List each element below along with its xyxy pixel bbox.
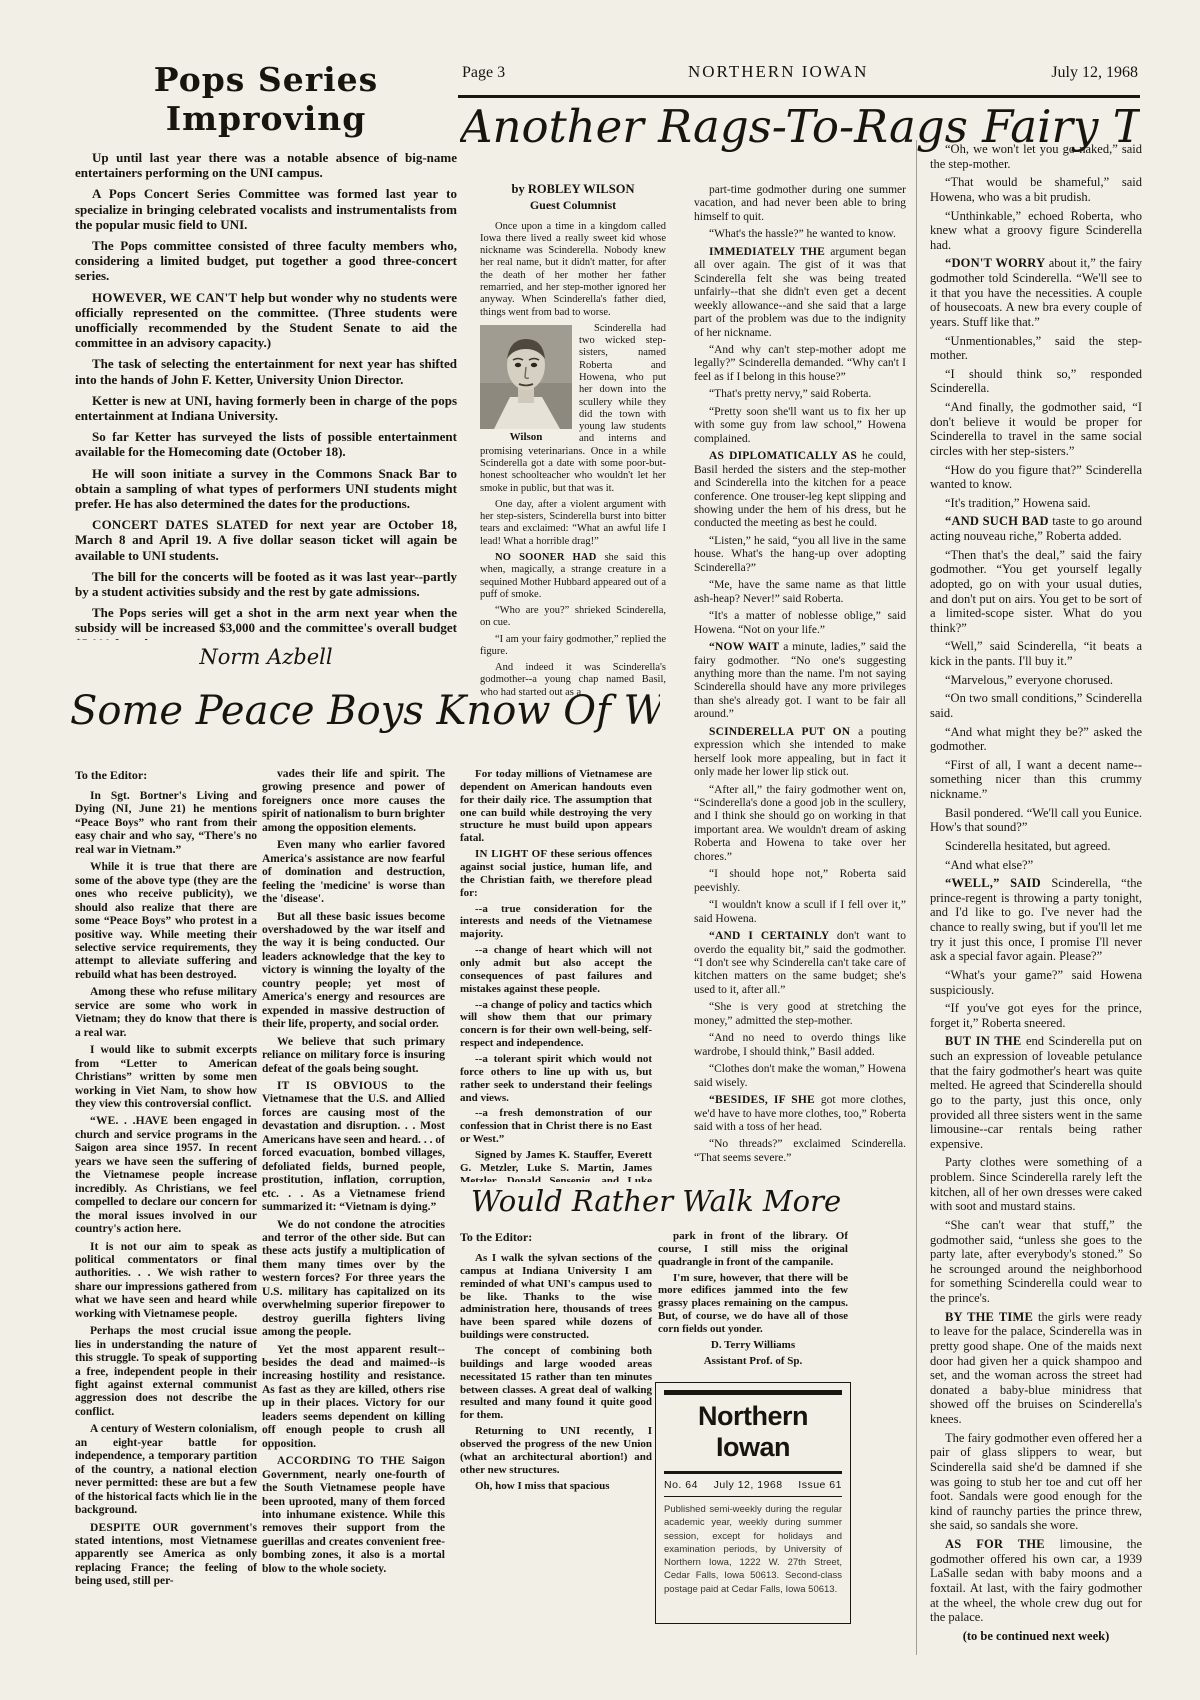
paragraph: For today millions of Vietnamese are dep… — [460, 768, 652, 845]
paragraph: “She is very good at stretching the mone… — [694, 1001, 906, 1028]
fairy-col-2: part-time godmother during one summer va… — [694, 184, 906, 1182]
paragraph: “I am your fairy godmother,” replied the… — [480, 634, 666, 659]
paragraph: --a true consideration for the interests… — [460, 903, 652, 942]
paragraph: park in front of the library. Of course,… — [658, 1230, 848, 1269]
paper-name: NORTHERN IOWAN — [688, 62, 868, 82]
peace-col-1: To the Editor: In Sgt. Bortner's Living … — [75, 768, 257, 1660]
paragraph: “And what might they be?” asked the godm… — [930, 725, 1142, 754]
masthead-fine-print: Published semi-weekly during the regular… — [664, 1503, 842, 1596]
paragraph: The concept of combining both buildings … — [460, 1345, 652, 1422]
paragraph: IMMEDIATELY THE argument began all over … — [694, 246, 906, 340]
issue-date: July 12, 1968 — [1051, 64, 1138, 82]
paragraph: “DON'T WORRY about it,” the fairy godmot… — [930, 256, 1142, 329]
paragraph: HOWEVER, WE CAN'T help but wonder why no… — [75, 290, 457, 351]
wilson-portrait-image — [480, 325, 572, 429]
paragraph: Oh, how I miss that spacious — [460, 1480, 652, 1493]
article-pops-series: Pops Series Improving Up until last year… — [75, 60, 457, 640]
paragraph: The bill for the concerts will be footed… — [75, 569, 457, 599]
paragraph: I'm sure, however, that there will be mo… — [658, 1272, 848, 1336]
paragraph: DESPITE OUR government's stated intentio… — [75, 1522, 257, 1589]
fairy-col-1: by ROBLEY WILSON Guest Columnist Once up… — [480, 182, 666, 738]
running-header: Page 3 NORTHERN IOWAN July 12, 1968 — [462, 62, 1138, 90]
paragraph: “First of all, I want a decent name--som… — [930, 758, 1142, 802]
paragraph: IN LIGHT OF these serious offences again… — [460, 848, 652, 899]
fairy-byline: by ROBLEY WILSON Guest Columnist — [480, 182, 666, 213]
paragraph: “It's a matter of noblesse oblige,” said… — [694, 610, 906, 637]
paragraph: “Marvelous,” everyone chorused. — [930, 673, 1142, 688]
paragraph: So far Ketter has surveyed the lists of … — [75, 429, 457, 459]
peace-col-1-body: In Sgt. Bortner's Living and Dying (NI, … — [75, 790, 257, 1589]
paragraph: Ketter is new at UNI, having formerly be… — [75, 393, 457, 423]
paragraph: “Unthinkable,” echoed Roberta, who knew … — [930, 209, 1142, 253]
paragraph: CONCERT DATES SLATED for next year are O… — [75, 517, 457, 563]
paragraph: We do not condone the atrocities and ter… — [262, 1219, 445, 1340]
fairy-byline-author: by ROBLEY WILSON — [480, 182, 666, 198]
paragraph: He will soon initiate a survey in the Co… — [75, 466, 457, 512]
paragraph: “Well,” said Scinderella, “it beats a ki… — [930, 639, 1142, 668]
masthead-rule — [664, 1471, 842, 1474]
walk-salutation: To the Editor: — [460, 1230, 652, 1245]
paragraph: --a change of heart which will not only … — [460, 944, 652, 995]
paragraph: “That's pretty nervy,” said Roberta. — [694, 388, 906, 401]
paragraph: “Oh, we won't let you go naked,” said th… — [930, 142, 1142, 171]
paragraph: AS DIPLOMATICALLY AS he could, Basil her… — [694, 450, 906, 531]
wilson-photo-caption: Wilson — [480, 429, 572, 444]
paragraph: Perhaps the most crucial issue lies in u… — [75, 1325, 257, 1419]
paragraph: --a tolerant spirit which would not forc… — [460, 1053, 652, 1104]
paragraph: Yet the most apparent result--besides th… — [262, 1344, 445, 1452]
paragraph: AS FOR THE limousine, the godmother offe… — [930, 1537, 1142, 1625]
paragraph: “BESIDES, IF SHE got more clothes, we'd … — [694, 1094, 906, 1134]
wilson-photo: Wilson — [480, 325, 572, 444]
column-rule — [916, 140, 917, 1655]
masthead-name: Northern Iowan — [664, 1401, 842, 1463]
paragraph: “It's tradition,” Howena said. — [930, 496, 1142, 511]
paragraph: A century of Western colonialism, an eig… — [75, 1423, 257, 1517]
paragraph: “And what else?” — [930, 858, 1142, 873]
paragraph: “NOW WAIT a minute, ladies,” said the fa… — [694, 641, 906, 722]
paragraph: “After all,” the fairy godmother went on… — [694, 784, 906, 865]
paragraph: The Pops series will get a shot in the a… — [75, 605, 457, 640]
walk-col-1: To the Editor: As I walk the sylvan sect… — [460, 1230, 652, 1660]
paragraph: “I should think so,” responded Scinderel… — [930, 367, 1142, 396]
paragraph: Basil pondered. “We'll call you Eunice. … — [930, 806, 1142, 835]
walk-col-2: park in front of the library. Of course,… — [658, 1230, 848, 1380]
paragraph: Assistant Prof. of Sp. — [658, 1355, 848, 1368]
pops-body: Up until last year there was a notable a… — [75, 150, 457, 640]
paragraph: “I should hope not,” Roberta said peevis… — [694, 868, 906, 895]
paragraph: SCINDERELLA PUT ON a pouting expression … — [694, 726, 906, 780]
paragraph: “On two small conditions,” Scinderella s… — [930, 691, 1142, 720]
paragraph: part-time godmother during one summer va… — [694, 184, 906, 224]
paragraph: Scinderella hesitated, but agreed. — [930, 839, 1142, 854]
paragraph: BY THE TIME the girls were ready to leav… — [930, 1310, 1142, 1427]
paragraph: Up until last year there was a notable a… — [75, 150, 457, 180]
paragraph: “What's the hassle?” he wanted to know. — [694, 228, 906, 241]
paragraph: But all these basic issues become oversh… — [262, 911, 445, 1032]
masthead-top-bar — [664, 1390, 842, 1395]
masthead-box: Northern Iowan No. 64 July 12, 1968 Issu… — [655, 1382, 851, 1624]
paragraph: One day, after a violent argument with h… — [480, 499, 666, 548]
paragraph: The fairy godmother even offered her a p… — [930, 1431, 1142, 1533]
fairy-byline-role: Guest Columnist — [480, 198, 666, 213]
paragraph: The task of selecting the entertainment … — [75, 356, 457, 386]
paragraph: “Who are you?” shrieked Scinderella, on … — [480, 605, 666, 630]
paragraph: I would like to submit excerpts from “Le… — [75, 1044, 257, 1111]
pops-title: Pops Series Improving — [75, 60, 457, 138]
paragraph: “AND SUCH BAD taste to go around acting … — [930, 514, 1142, 543]
newspaper-page: Page 3 NORTHERN IOWAN July 12, 1968 Pops… — [0, 0, 1200, 1700]
paragraph: “No threads?” exclaimed Scinderella. “Th… — [694, 1138, 906, 1165]
pops-byline: Norm Azbell — [75, 645, 457, 675]
paragraph: IT IS OBVIOUS to the Vietnamese that the… — [262, 1080, 445, 1215]
paragraph: “Clothes don't make the woman,” Howena s… — [694, 1063, 906, 1090]
masthead-issue: Issue 61 — [798, 1479, 842, 1491]
paragraph: In Sgt. Bortner's Living and Dying (NI, … — [75, 790, 257, 857]
paragraph: “I wouldn't know a scull if I fell over … — [694, 899, 906, 926]
fairy-col-3: “Oh, we won't let you go naked,” said th… — [930, 142, 1142, 1660]
page-number: Page 3 — [462, 64, 505, 82]
paragraph: The Pops committee consisted of three fa… — [75, 238, 457, 284]
paragraph: NO SOONER HAD she said this when, magica… — [480, 552, 666, 601]
portrait-illustration — [480, 325, 572, 429]
paragraph: “Then that's the deal,” said the fairy g… — [930, 548, 1142, 636]
paragraph: BUT IN THE end Scinderella put on such a… — [930, 1034, 1142, 1151]
paragraph: A Pops Concert Series Committee was form… — [75, 186, 457, 232]
masthead-thin-rule — [664, 1496, 842, 1497]
paragraph: “How do you figure that?” Scinderella wa… — [930, 463, 1142, 492]
paragraph: “Pretty soon she'll want us to fix her u… — [694, 406, 906, 446]
walk-col-1-body: As I walk the sylvan sections of the cam… — [460, 1252, 652, 1492]
paragraph: While it is true that there are some of … — [75, 861, 257, 982]
paragraph: We believe that such primary reliance on… — [262, 1036, 445, 1076]
paragraph: D. Terry Williams — [658, 1339, 848, 1352]
paragraph: “What's your game?” said Howena suspicio… — [930, 968, 1142, 997]
paragraph: Returning to UNI recently, I observed th… — [460, 1425, 652, 1476]
paragraph: As I walk the sylvan sections of the cam… — [460, 1252, 652, 1342]
paragraph: vades their life and spirit. The growing… — [262, 768, 445, 835]
peace-salutation: To the Editor: — [75, 768, 257, 783]
paragraph: --a fresh demonstration of our confessio… — [460, 1107, 652, 1146]
paragraph: ACCORDING TO THE Saigon Government, near… — [262, 1455, 445, 1576]
peace-col-3: For today millions of Vietnamese are dep… — [460, 768, 652, 1182]
header-rule — [458, 95, 1140, 98]
masthead-issue-line: No. 64 July 12, 1968 Issue 61 — [664, 1479, 842, 1491]
paragraph: “Unmentionables,” said the step-mother. — [930, 334, 1142, 363]
paragraph: “WE. . .HAVE been engaged in church and … — [75, 1115, 257, 1236]
peace-col-2: vades their life and spirit. The growing… — [262, 768, 445, 1660]
paragraph: Among these who refuse military service … — [75, 986, 257, 1040]
paragraph: Even many who earlier favored America's … — [262, 839, 445, 906]
paragraph: Once upon a time in a kingdom called Iow… — [480, 221, 666, 319]
paragraph: “She can't wear that stuff,” the godmoth… — [930, 1218, 1142, 1306]
masthead-number: No. 64 — [664, 1479, 698, 1491]
peace-letter-title: Some Peace Boys Know Of War — [70, 688, 660, 744]
paragraph: Party clothes were something of a proble… — [930, 1155, 1142, 1214]
paragraph: “Me, have the same name as that little a… — [694, 579, 906, 606]
paragraph: “If you've got eyes for the prince, forg… — [930, 1001, 1142, 1030]
walk-letter-title: Would Rather Walk More — [460, 1184, 852, 1220]
paragraph: “Listen,” he said, “you all live in the … — [694, 535, 906, 575]
paragraph: It is not our aim to speak as political … — [75, 1241, 257, 1322]
paragraph: “And no need to overdo things like wardr… — [694, 1032, 906, 1059]
paragraph: (to be continued next week) — [930, 1629, 1142, 1644]
paragraph: “AND I CERTAINLY don't want to overdo th… — [694, 930, 906, 997]
paragraph: “And finally, the godmother said, “I don… — [930, 400, 1142, 459]
paragraph: “That would be shameful,” said Howena, w… — [930, 175, 1142, 204]
paragraph: “WELL,” SAID Scinderella, “the prince-re… — [930, 876, 1142, 964]
fairy-col-1-top: Once upon a time in a kingdom called Iow… — [480, 221, 666, 319]
masthead-date: July 12, 1968 — [714, 1479, 783, 1491]
paragraph: --a change of policy and tactics which w… — [460, 999, 652, 1050]
paragraph: Signed by James K. Stauffer, Everett G. … — [460, 1149, 652, 1182]
paragraph: “And why can't step-mother adopt me lega… — [694, 344, 906, 384]
